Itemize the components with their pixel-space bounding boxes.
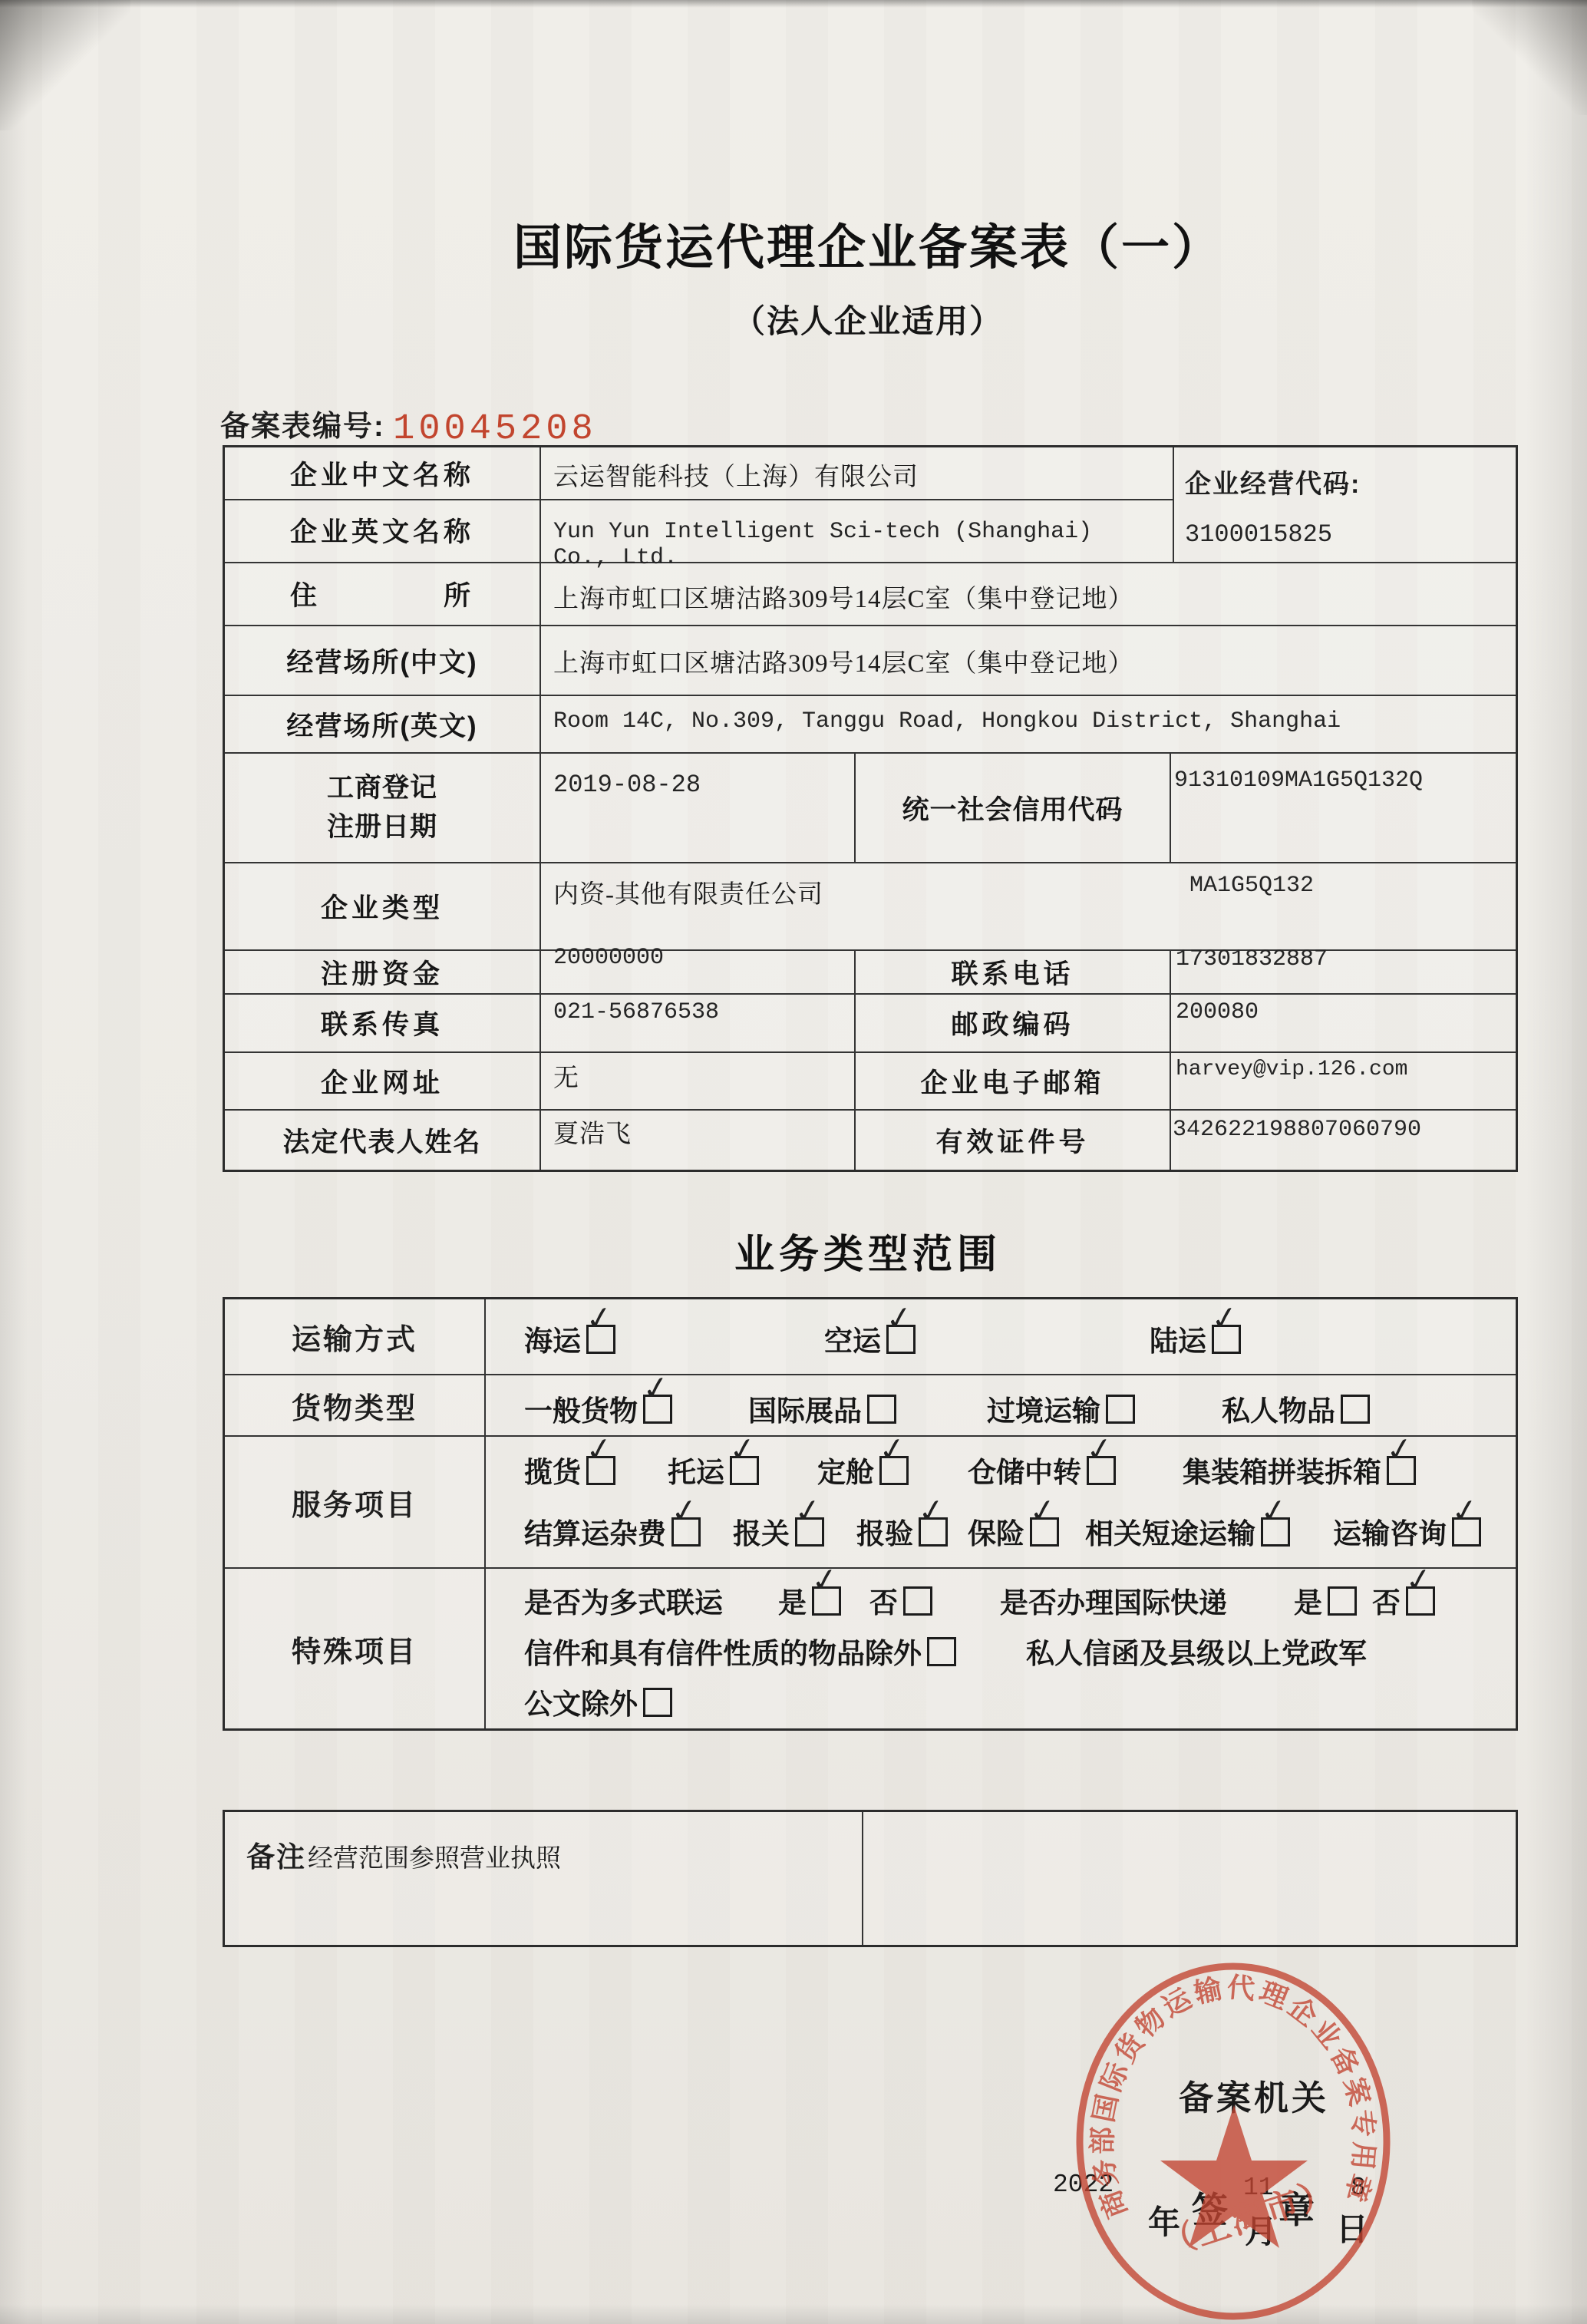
question-intl-express: 是否办理国际快递 xyxy=(1000,1580,1227,1621)
label-premises-en: 经营场所(英文) xyxy=(225,696,539,752)
label-id-no: 有效证件号 xyxy=(854,1111,1170,1170)
label-reg-date: 工商登记注册日期 xyxy=(225,754,539,862)
checkbox-box: ✓ xyxy=(1261,1517,1290,1547)
checkbox-box: ✓ xyxy=(1030,1517,1059,1547)
phone-value: 17301832887 xyxy=(1176,946,1328,972)
remark-label: 备注 xyxy=(246,1841,306,1873)
company-name-cn-value: 云运智能科技（上海）有限公司 xyxy=(553,464,919,491)
text-private-letters: 私人信函及县级以上党政军 xyxy=(1026,1630,1367,1672)
checkbox-multimodal-no: 否✓ xyxy=(869,1580,932,1621)
reg-capital-value: 20000000 xyxy=(553,945,664,971)
check-mark-icon: ✓ xyxy=(583,1429,615,1470)
check-mark-icon: ✓ xyxy=(1384,1429,1416,1470)
checkbox-letters-excluded: 信件和具有信件性质的物品除外✓ xyxy=(524,1630,956,1672)
checkbox-box: ✓ xyxy=(927,1637,956,1666)
row-capital-phone: 注册资金 20000000 联系电话 17301832887 xyxy=(225,949,1516,993)
row-registration: 工商登记注册日期 2019-08-28 统一社会信用代码 91310109MA1… xyxy=(225,752,1516,862)
website-value: 无 xyxy=(553,1065,579,1092)
checkbox-box: ✓ xyxy=(867,1395,896,1424)
check-mark-icon: ✓ xyxy=(792,1490,824,1531)
question-multimodal: 是否为多式联运 xyxy=(524,1580,723,1621)
page-subtitle: （法人企业适用） xyxy=(223,296,1513,342)
check-mark-icon: ✓ xyxy=(1403,1560,1435,1600)
red-seal-graphic: 商务部国际货物运输代理企业备案专用章 （上海市） xyxy=(1028,1953,1447,2324)
checkbox-transport-consulting: 运输咨询✓ xyxy=(1333,1510,1481,1552)
checkbox-box: ✓ xyxy=(1387,1456,1416,1485)
checkbox-box: ✓ xyxy=(795,1517,824,1547)
check-mark-icon: ✓ xyxy=(1209,1298,1241,1339)
credit-code-value: 91310109MA1G5Q132Q xyxy=(1174,768,1423,794)
remark-empty-cell xyxy=(862,1812,1516,1945)
check-mark-icon: ✓ xyxy=(1027,1490,1059,1531)
checkbox-box: ✓ xyxy=(812,1586,841,1616)
checkbox-intl-exhibits: 国际展品✓ xyxy=(748,1388,896,1429)
label-fax: 联系传真 xyxy=(225,995,539,1051)
check-mark-icon: ✓ xyxy=(1258,1490,1290,1531)
check-mark-icon: ✓ xyxy=(916,1490,948,1531)
email-value: harvey@vip.126.com xyxy=(1176,1058,1407,1081)
checkbox-short-distance-transport: 相关短途运输✓ xyxy=(1085,1510,1290,1552)
label-postcode: 邮政编码 xyxy=(854,995,1170,1051)
row-premises-en: 经营场所(英文) Room 14C, No.309, Tanggu Road, … xyxy=(225,695,1516,752)
checkbox-express-no: 否✓ xyxy=(1372,1580,1435,1621)
checkbox-box: ✓ xyxy=(586,1325,615,1354)
checkbox-box: ✓ xyxy=(879,1456,909,1485)
checkbox-customs-declaration: 报关✓ xyxy=(733,1510,824,1552)
premises-cn-value: 上海市虹口区塘沽路309号14层C室（集中登记地） xyxy=(553,650,1134,678)
label-company-name-en: 企业英文名称 xyxy=(225,499,539,560)
row-company-type: 企业类型 内资-其他有限责任公司 MA1G5Q132 xyxy=(225,862,1516,949)
check-mark-icon: ✓ xyxy=(1449,1490,1481,1531)
checkbox-box: ✓ xyxy=(886,1325,916,1354)
business-code-value: 3100015825 xyxy=(1185,520,1505,549)
check-mark-icon: ✓ xyxy=(883,1298,916,1339)
form-number-value: 10045208 xyxy=(393,409,597,450)
checkbox-personal-items: 私人物品✓ xyxy=(1222,1388,1370,1429)
label-service-items: 服务项目 xyxy=(225,1437,484,1567)
checkbox-general-cargo: 一般货物✓ xyxy=(524,1388,672,1429)
checkbox-box: ✓ xyxy=(1087,1456,1116,1485)
reg-date-value: 2019-08-28 xyxy=(553,771,701,799)
postcode-value: 200080 xyxy=(1176,999,1259,1025)
row-premises-cn: 经营场所(中文) 上海市虹口区塘沽路309号14层C室（集中登记地） xyxy=(225,625,1516,695)
row-service-items: 服务项目 揽货✓ 托运✓ 定舱✓ 仓储中转✓ 集装箱拼装拆箱✓ 结算运杂费✓ 报… xyxy=(225,1435,1516,1567)
company-type-value: 内资-其他有限责任公司 xyxy=(553,881,823,909)
check-mark-icon: ✓ xyxy=(727,1429,759,1470)
checkbox-warehousing-transfer: 仓储中转✓ xyxy=(968,1449,1116,1490)
check-mark-icon: ✓ xyxy=(876,1429,909,1470)
address-value: 上海市虹口区塘沽路309号14层C室（集中登记地） xyxy=(553,586,1134,613)
checkbox-box: ✓ xyxy=(1106,1395,1135,1424)
checkbox-freight-settlement: 结算运杂费✓ xyxy=(524,1510,701,1552)
checkbox-box: ✓ xyxy=(730,1456,759,1485)
checkbox-multimodal-yes: 是✓ xyxy=(778,1580,841,1621)
remark-table: 备注经营范围参照营业执照 xyxy=(223,1810,1518,1947)
label-business-code: 企业经营代码: xyxy=(1185,463,1505,500)
label-address: 住 所 xyxy=(225,563,539,625)
scan-edge-top xyxy=(0,0,1587,8)
row-special-items: 特殊项目 是否为多式联运 是✓ 否✓ 是否办理国际快递 是✓ 否✓ 信件和具有信… xyxy=(225,1567,1516,1728)
checkbox-air-freight: 空运✓ xyxy=(824,1318,916,1359)
checkbox-canvassing: 揽货✓ xyxy=(524,1449,615,1490)
form-number-label: 备案表编号: xyxy=(220,411,385,443)
label-website: 企业网址 xyxy=(225,1053,539,1109)
premises-en-value: Room 14C, No.309, Tanggu Road, Hongkou D… xyxy=(553,708,1341,735)
checkbox-express-yes: 是✓ xyxy=(1294,1580,1357,1621)
scan-edge-right xyxy=(1526,0,1587,2324)
checkbox-box: ✓ xyxy=(1341,1395,1370,1424)
label-company-type: 企业类型 xyxy=(225,863,539,949)
registration-stamp: 备案机关 签 章 2022 11 8 年 月 日 商务部国际货物运输代理企业备案… xyxy=(1028,1953,1447,2324)
checkbox-space-booking: 定舱✓ xyxy=(817,1449,909,1490)
checkbox-box: ✓ xyxy=(1406,1586,1435,1616)
checkbox-box: ✓ xyxy=(671,1517,701,1547)
checkbox-container-consolidation: 集装箱拼装拆箱✓ xyxy=(1183,1449,1416,1490)
check-mark-icon: ✓ xyxy=(583,1298,615,1339)
label-premises-cn: 经营场所(中文) xyxy=(225,626,539,695)
row-fax-postcode: 联系传真 021-56876538 邮政编码 200080 xyxy=(225,993,1516,1051)
check-mark-icon: ✓ xyxy=(1084,1429,1116,1470)
label-legal-rep: 法定代表人姓名 xyxy=(225,1111,539,1170)
label-email: 企业电子邮箱 xyxy=(854,1053,1170,1109)
checkbox-box: ✓ xyxy=(1452,1517,1481,1547)
row-company-names: 企业中文名称 企业英文名称 云运智能科技（上海）有限公司 Yun Yun Int… xyxy=(225,447,1516,562)
row-cargo-type: 货物类型 一般货物✓ 国际展品✓ 过境运输✓ 私人物品✓ xyxy=(225,1374,1516,1435)
checkbox-box: ✓ xyxy=(903,1586,932,1616)
check-mark-icon: ✓ xyxy=(809,1560,841,1600)
label-special-items: 特殊项目 xyxy=(225,1569,484,1728)
checkbox-box: ✓ xyxy=(1212,1325,1241,1354)
section-title-business-scope: 业务类型范围 xyxy=(223,1222,1513,1279)
label-reg-capital: 注册资金 xyxy=(225,951,539,993)
check-mark-icon: ✓ xyxy=(640,1368,672,1408)
page-title: 国际货运代理企业备案表（一） xyxy=(223,209,1513,279)
business-scope-table: 运输方式 海运✓ 空运✓ 陆运✓ 货物类型 一般货物✓ 国际展品✓ 过境运输✓ … xyxy=(223,1297,1518,1731)
legal-rep-value: 夏浩飞 xyxy=(553,1121,632,1148)
checkbox-box: ✓ xyxy=(1328,1586,1357,1616)
label-credit-code: 统一社会信用代码 xyxy=(854,754,1170,862)
check-mark-icon: ✓ xyxy=(668,1490,701,1531)
checkbox-insurance: 保险✓ xyxy=(968,1510,1059,1552)
remark-value: 经营范围参照营业执照 xyxy=(308,1845,561,1873)
row-website-email: 企业网址 无 企业电子邮箱 harvey@vip.126.com xyxy=(225,1051,1516,1109)
row-address: 住 所 上海市虹口区塘沽路309号14层C室（集中登记地） xyxy=(225,562,1516,625)
checkbox-box: ✓ xyxy=(586,1456,615,1485)
label-phone: 联系电话 xyxy=(854,951,1170,993)
checkbox-consignment: 托运✓ xyxy=(668,1449,759,1490)
company-info-table: 企业中文名称 企业英文名称 云运智能科技（上海）有限公司 Yun Yun Int… xyxy=(223,445,1518,1172)
checkbox-sea-freight: 海运✓ xyxy=(524,1318,615,1359)
checkbox-inspection-declaration: 报验✓ xyxy=(856,1510,948,1552)
scan-edge-left xyxy=(0,0,28,2324)
checkbox-land-freight: 陆运✓ xyxy=(1150,1318,1241,1359)
label-transport-mode: 运输方式 xyxy=(225,1299,484,1374)
checkbox-box: ✓ xyxy=(643,1395,672,1424)
fax-value: 021-56876538 xyxy=(553,999,719,1025)
label-cargo-type: 货物类型 xyxy=(225,1375,484,1435)
checkbox-transit-transport: 过境运输✓ xyxy=(987,1388,1135,1429)
row-transport-mode: 运输方式 海运✓ 空运✓ 陆运✓ xyxy=(225,1299,1516,1374)
company-type-extra-value: MA1G5Q132 xyxy=(1189,873,1314,899)
row-legalrep-id: 法定代表人姓名 夏浩飞 有效证件号 342622198807060790 xyxy=(225,1109,1516,1170)
checkbox-box: ✓ xyxy=(643,1688,672,1717)
checkbox-official-docs-excluded: 公文除外✓ xyxy=(524,1681,672,1722)
label-company-name-cn: 企业中文名称 xyxy=(225,447,539,499)
checkbox-box: ✓ xyxy=(919,1517,948,1547)
id-no-value: 342622198807060790 xyxy=(1173,1117,1421,1143)
form-number: 备案表编号: 10045208 xyxy=(220,402,597,450)
